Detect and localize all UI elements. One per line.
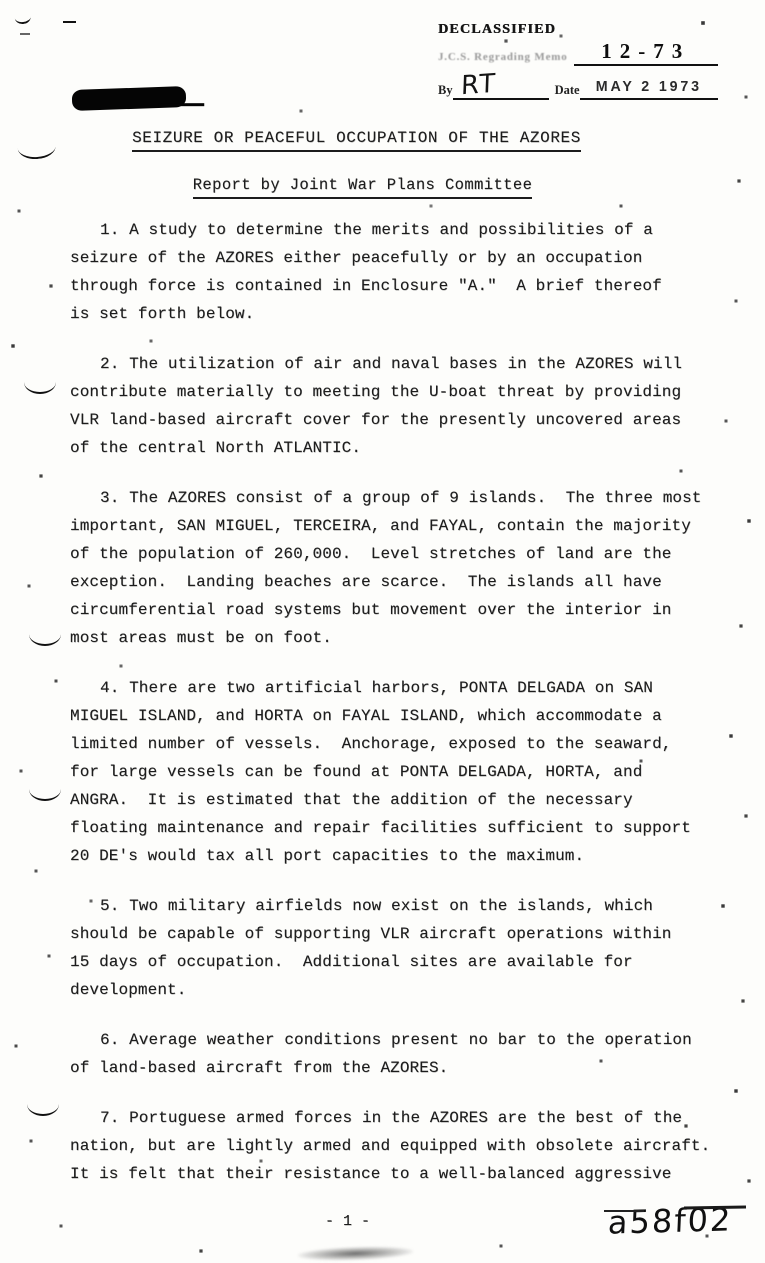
paragraph-4: 4. There are two artificial harbors, PON… bbox=[70, 674, 715, 870]
scan-smudge bbox=[298, 1245, 413, 1262]
regrading-memo-line: 12-73 bbox=[574, 39, 718, 66]
date-label: Date bbox=[555, 83, 580, 100]
pen-dash-top-2 bbox=[20, 33, 30, 35]
page-number: - 1 - bbox=[325, 1213, 370, 1230]
underline-mark-aggressive bbox=[604, 1210, 644, 1212]
paragraph-7: 7. Portuguese armed forces in the AZORES… bbox=[70, 1104, 715, 1188]
date-stamp-value: MAY 2 1973 bbox=[596, 78, 702, 95]
by-label: By bbox=[438, 83, 453, 100]
declassification-stamp: DECLASSIFIED J.C.S. Regrading Memo 12-73… bbox=[438, 22, 718, 100]
paragraph-1: 1. A study to determine the merits and p… bbox=[70, 216, 715, 328]
document-body: 1. A study to determine the merits and p… bbox=[70, 216, 715, 1210]
paragraph-3: 3. The AZORES consist of a group of 9 is… bbox=[70, 484, 715, 652]
redaction-bar bbox=[72, 86, 187, 111]
signature-line: RT bbox=[453, 72, 549, 100]
regrading-memo-label: J.C.S. Regrading Memo bbox=[438, 51, 568, 66]
document-title: SEIZURE OR PEACEFUL OCCUPATION OF THE AZ… bbox=[132, 129, 581, 152]
signature-initials: RT bbox=[460, 69, 497, 102]
pen-dash-top bbox=[63, 21, 76, 23]
scan-noise bbox=[0, 0, 2, 2]
margin-checkmark-2 bbox=[24, 381, 56, 394]
document-subtitle: Report by Joint War Plans Committee bbox=[193, 176, 533, 199]
paragraph-5: 5. Two military airfields now exist on t… bbox=[70, 892, 715, 1004]
margin-checkmark-5 bbox=[27, 1103, 59, 1116]
scanned-page: DECLASSIFIED J.C.S. Regrading Memo 12-73… bbox=[0, 0, 765, 1263]
title-row: SEIZURE OR PEACEFUL OCCUPATION OF THE AZ… bbox=[0, 129, 765, 152]
subtitle-row: Report by Joint War Plans Committee bbox=[0, 176, 765, 199]
paragraph-2: 2. The utilization of air and naval base… bbox=[70, 350, 715, 462]
margin-checkmark-3 bbox=[29, 633, 61, 646]
regrading-memo-row: J.C.S. Regrading Memo 12-73 bbox=[438, 39, 718, 66]
margin-checkmark-4 bbox=[29, 788, 61, 801]
declassified-label: DECLASSIFIED bbox=[438, 22, 718, 38]
date-line: MAY 2 1973 bbox=[580, 78, 718, 100]
pen-line-bottom-right bbox=[684, 1205, 746, 1209]
stamp-by-row: By RT Date MAY 2 1973 bbox=[438, 72, 718, 100]
pen-squiggle-topleft bbox=[15, 15, 32, 25]
paragraph-6: 6. Average weather conditions present no… bbox=[70, 1026, 715, 1082]
margin-checkmark-1 bbox=[18, 145, 57, 161]
regrading-memo-number: 12-73 bbox=[601, 39, 690, 63]
